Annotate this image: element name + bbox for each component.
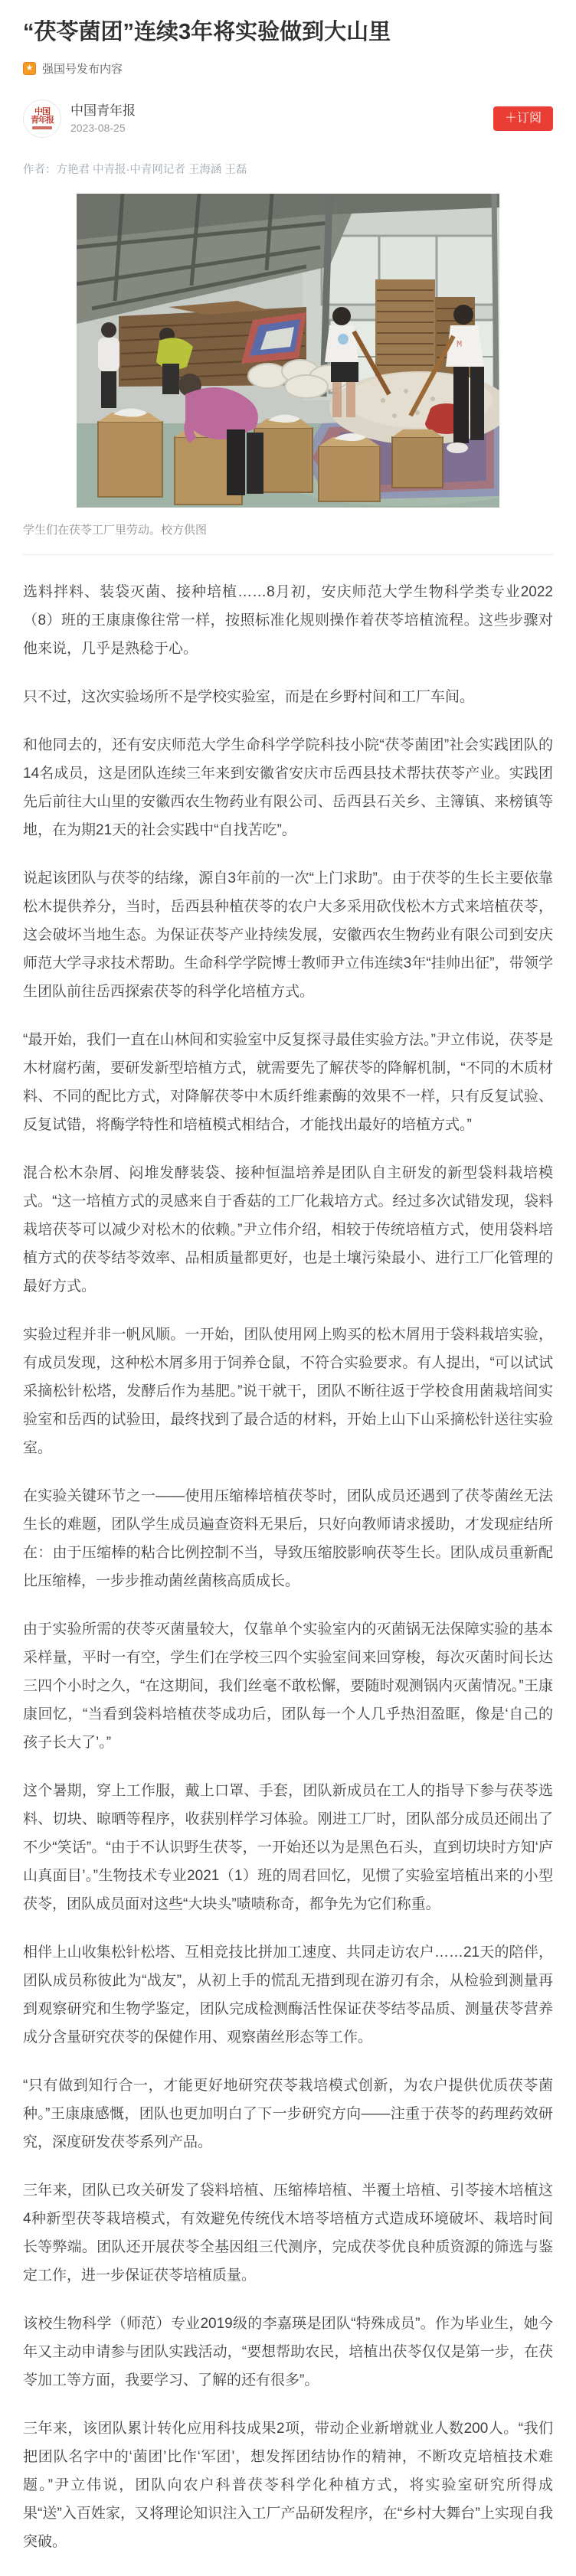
article-page: “茯苓菌团”连续3年将实验做到大山里 ★ 强国号发布内容 中国 青年报 中国青年… [0, 0, 576, 2556]
article-paragraph: 混合松木杂屑、闷堆发酵装袋、接种恒温培养是团队自主研发的新型袋料栽培模式。“这一… [23, 1159, 553, 1301]
byline: 作者：方艳君 中青报·中青网记者 王海涵 王磊 [23, 161, 553, 177]
article-paragraph: 在实验关键环节之一——使用压缩棒培植茯苓时，团队成员还遇到了茯苓菌丝无法生长的难… [23, 1482, 553, 1595]
article-paragraph: 选料拌料、装袋灭菌、接种培植……8月初，安庆师范大学生物科学类专业2022（8）… [23, 578, 553, 663]
source-badge: ★ 强国号发布内容 [23, 60, 553, 77]
article-paragraph: 由于实验所需的茯苓灭菌量较大，仅靠单个实验室内的灭菌锅无法保障实验的基本采样量，… [23, 1615, 553, 1757]
article-paragraph: “最开始，我们一直在山林间和实验室中反复探寻最佳实验方法。”尹立伟说，茯苓是木材… [23, 1026, 553, 1139]
article-photo: M [77, 194, 499, 508]
publisher-logo-underline [32, 126, 52, 129]
publisher-avatar[interactable]: 中国 青年报 [23, 100, 61, 138]
article-paragraph: 相伴上山收集松针松塔、互相竞技比拼加工速度、共同走访农户……21天的陪伴，团队成… [23, 1938, 553, 2052]
divider [23, 554, 553, 555]
publisher-meta: 中国青年报 2023-08-25 [70, 103, 493, 134]
article-paragraph: 三年来，团队已攻关研发了袋料培植、压缩棒培植、半覆土培植、引苓接木培植这4种新型… [23, 2176, 553, 2290]
article-paragraph: 实验过程并非一帆风顺。一开始，团队使用网上购买的松木屑用于袋料栽培实验，有成员发… [23, 1321, 553, 1462]
article-paragraph: “只有做到知行合一，才能更好地研究茯苓栽培模式创新，为农户提供优质茯苓菌种。”王… [23, 2072, 553, 2156]
publish-date: 2023-08-25 [70, 122, 493, 134]
page-title: “茯苓菌团”连续3年将实验做到大山里 [23, 17, 553, 48]
qiangguo-medal-icon: ★ [23, 62, 36, 75]
svg-text:M: M [457, 339, 462, 350]
article-paragraph: 该校生物科学（师范）专业2019级的李嘉瑛是团队“特殊成员”。作为毕业生，她今年… [23, 2310, 553, 2395]
article-paragraph: 这个暑期，穿上工作服，戴上口罩、手套，团队新成员在工人的指导下参与茯苓选料、切块… [23, 1777, 553, 1918]
article-paragraph: 说起该团队与茯苓的结缘，源自3年前的一次“上门求助”。由于茯苓的生长主要依靠松木… [23, 864, 553, 1006]
article-paragraph: 三年来，该团队累计转化应用科技成果2项，带动企业新增就业人数200人。“我们把团… [23, 2414, 553, 2556]
publisher-logo-text-2: 青年报 [31, 116, 54, 125]
photo-caption: 学生们在茯苓工厂里劳动。校方供图 [23, 521, 553, 537]
article-paragraph: 只不过，这次实验场所不是学校实验室，而是在乡野村间和工厂车间。 [23, 683, 553, 711]
factory-photo-illustration: M [77, 194, 499, 508]
publisher-row: 中国 青年报 中国青年报 2023-08-25 ＋订阅 [23, 100, 553, 138]
publisher-name[interactable]: 中国青年报 [70, 103, 493, 120]
article-paragraph: 和他同去的，还有安庆师范大学生命科学学院科技小院“茯苓菌团”社会实践团队的14名… [23, 731, 553, 844]
article-body: 选料拌料、装袋灭菌、接种培植……8月初，安庆师范大学生物科学类专业2022（8）… [0, 578, 576, 2556]
publisher-logo-text-1: 中国 [34, 108, 50, 116]
subscribe-button[interactable]: ＋订阅 [493, 106, 553, 131]
source-badge-label: 强国号发布内容 [42, 60, 123, 77]
